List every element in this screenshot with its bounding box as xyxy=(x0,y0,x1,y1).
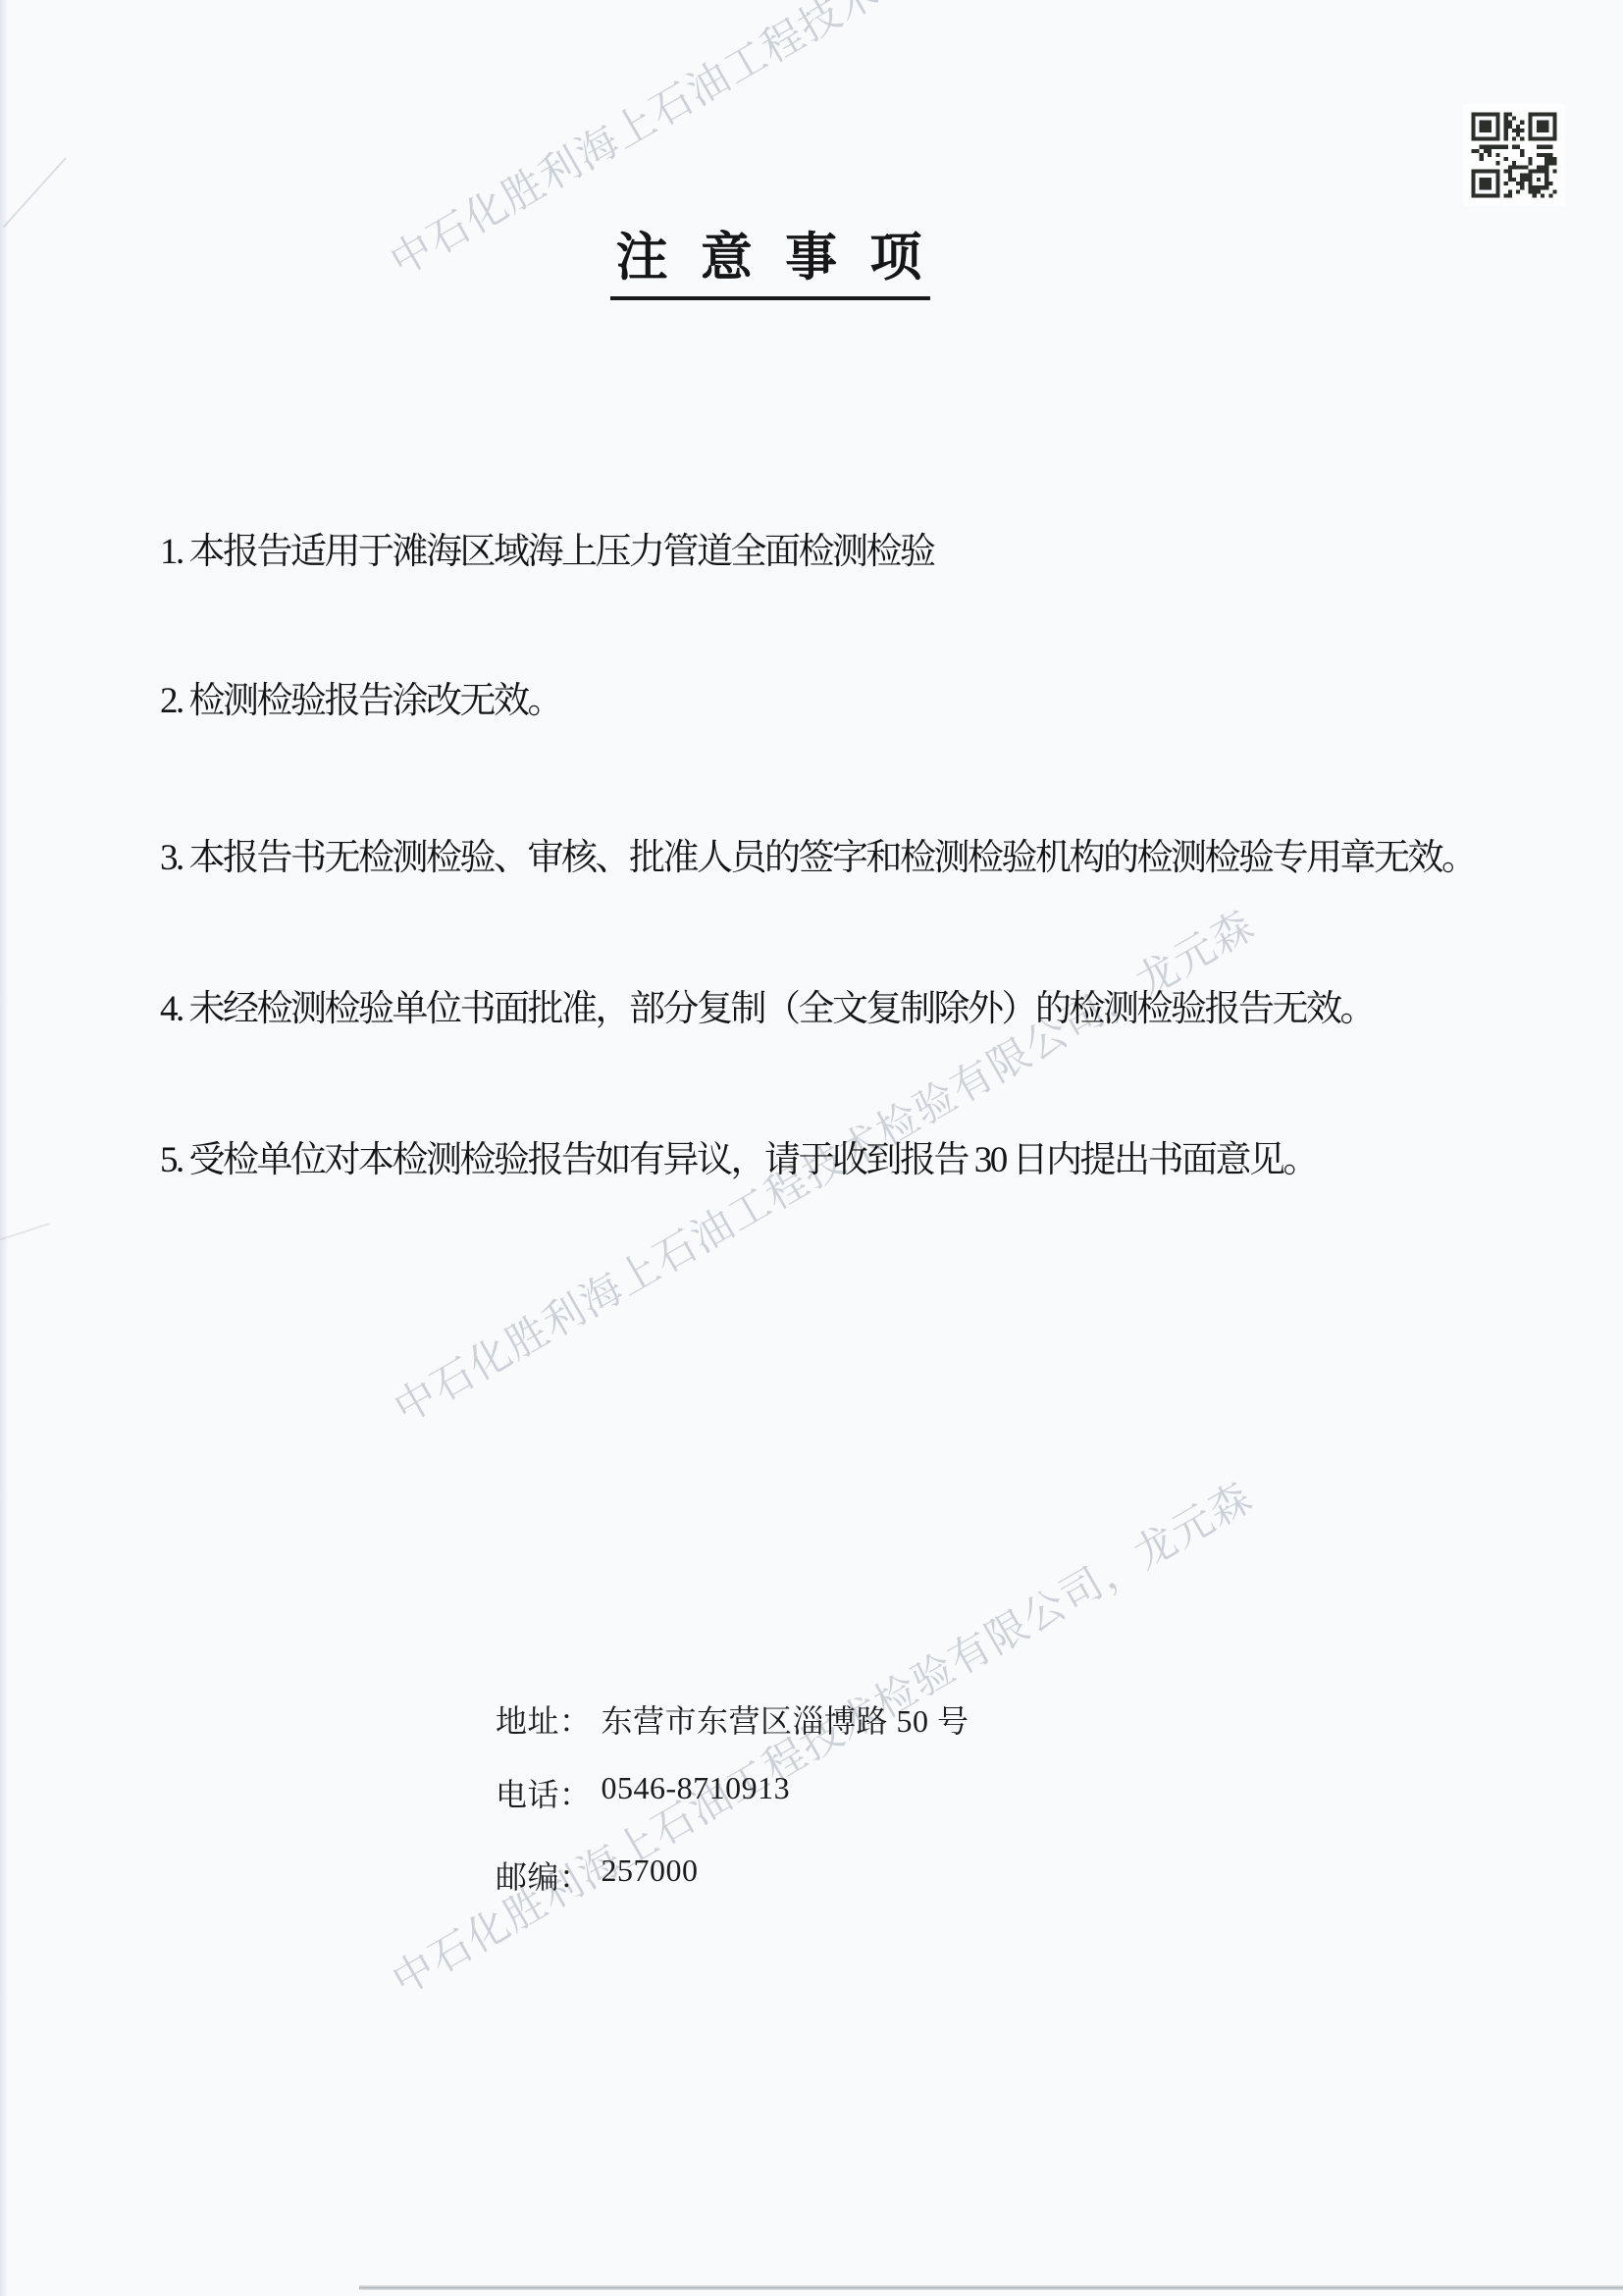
notice-item: 4. 未经检测检验单位书面批准，部分复制（全文复制除外）的检测检验报告无效。 xyxy=(160,987,1374,1032)
title-wrap: 注 意 事 项 xyxy=(0,230,1623,300)
qr-code xyxy=(1463,104,1565,206)
left-edge-shadow xyxy=(0,0,9,2296)
notice-item: 3. 本报告书无检测检验、审核、批准人员的签字和检测检验机构的检测检验专用章无效… xyxy=(160,836,1476,881)
bottom-scan-streak xyxy=(359,2285,1623,2290)
contact-phone-row: 电话： 0546-8710913 xyxy=(496,1770,790,1815)
contact-label: 电话： xyxy=(496,1770,592,1815)
contact-value: 0546-8710913 xyxy=(602,1770,791,1815)
page-title: 注 意 事 项 xyxy=(610,230,931,300)
contact-value: 东营市东营区淄博路 50 号 xyxy=(602,1696,969,1742)
notice-item: 5. 受检单位对本检测检验报告如有异议，请于收到报告 30 日内提出书面意见。 xyxy=(160,1138,1317,1183)
contact-zip-row: 邮编： 257000 xyxy=(496,1852,699,1898)
contact-label: 地址： xyxy=(496,1696,592,1742)
contact-label: 邮编： xyxy=(496,1852,592,1898)
scan-scratch xyxy=(0,1223,50,1242)
notice-item: 1. 本报告适用于滩海区域海上压力管道全面检测检验 xyxy=(160,530,934,575)
contact-value: 257000 xyxy=(602,1852,699,1898)
notice-item: 2. 检测检验报告涂改无效。 xyxy=(160,679,561,724)
scan-scratch xyxy=(3,157,67,228)
contact-address-row: 地址： 东营市东营区淄博路 50 号 xyxy=(496,1696,969,1742)
paper-page: 中石化胜利海上石油工程技术检验有限公司，龙元森 中石化胜利海上石油工程技术检验有… xyxy=(0,0,1623,2296)
